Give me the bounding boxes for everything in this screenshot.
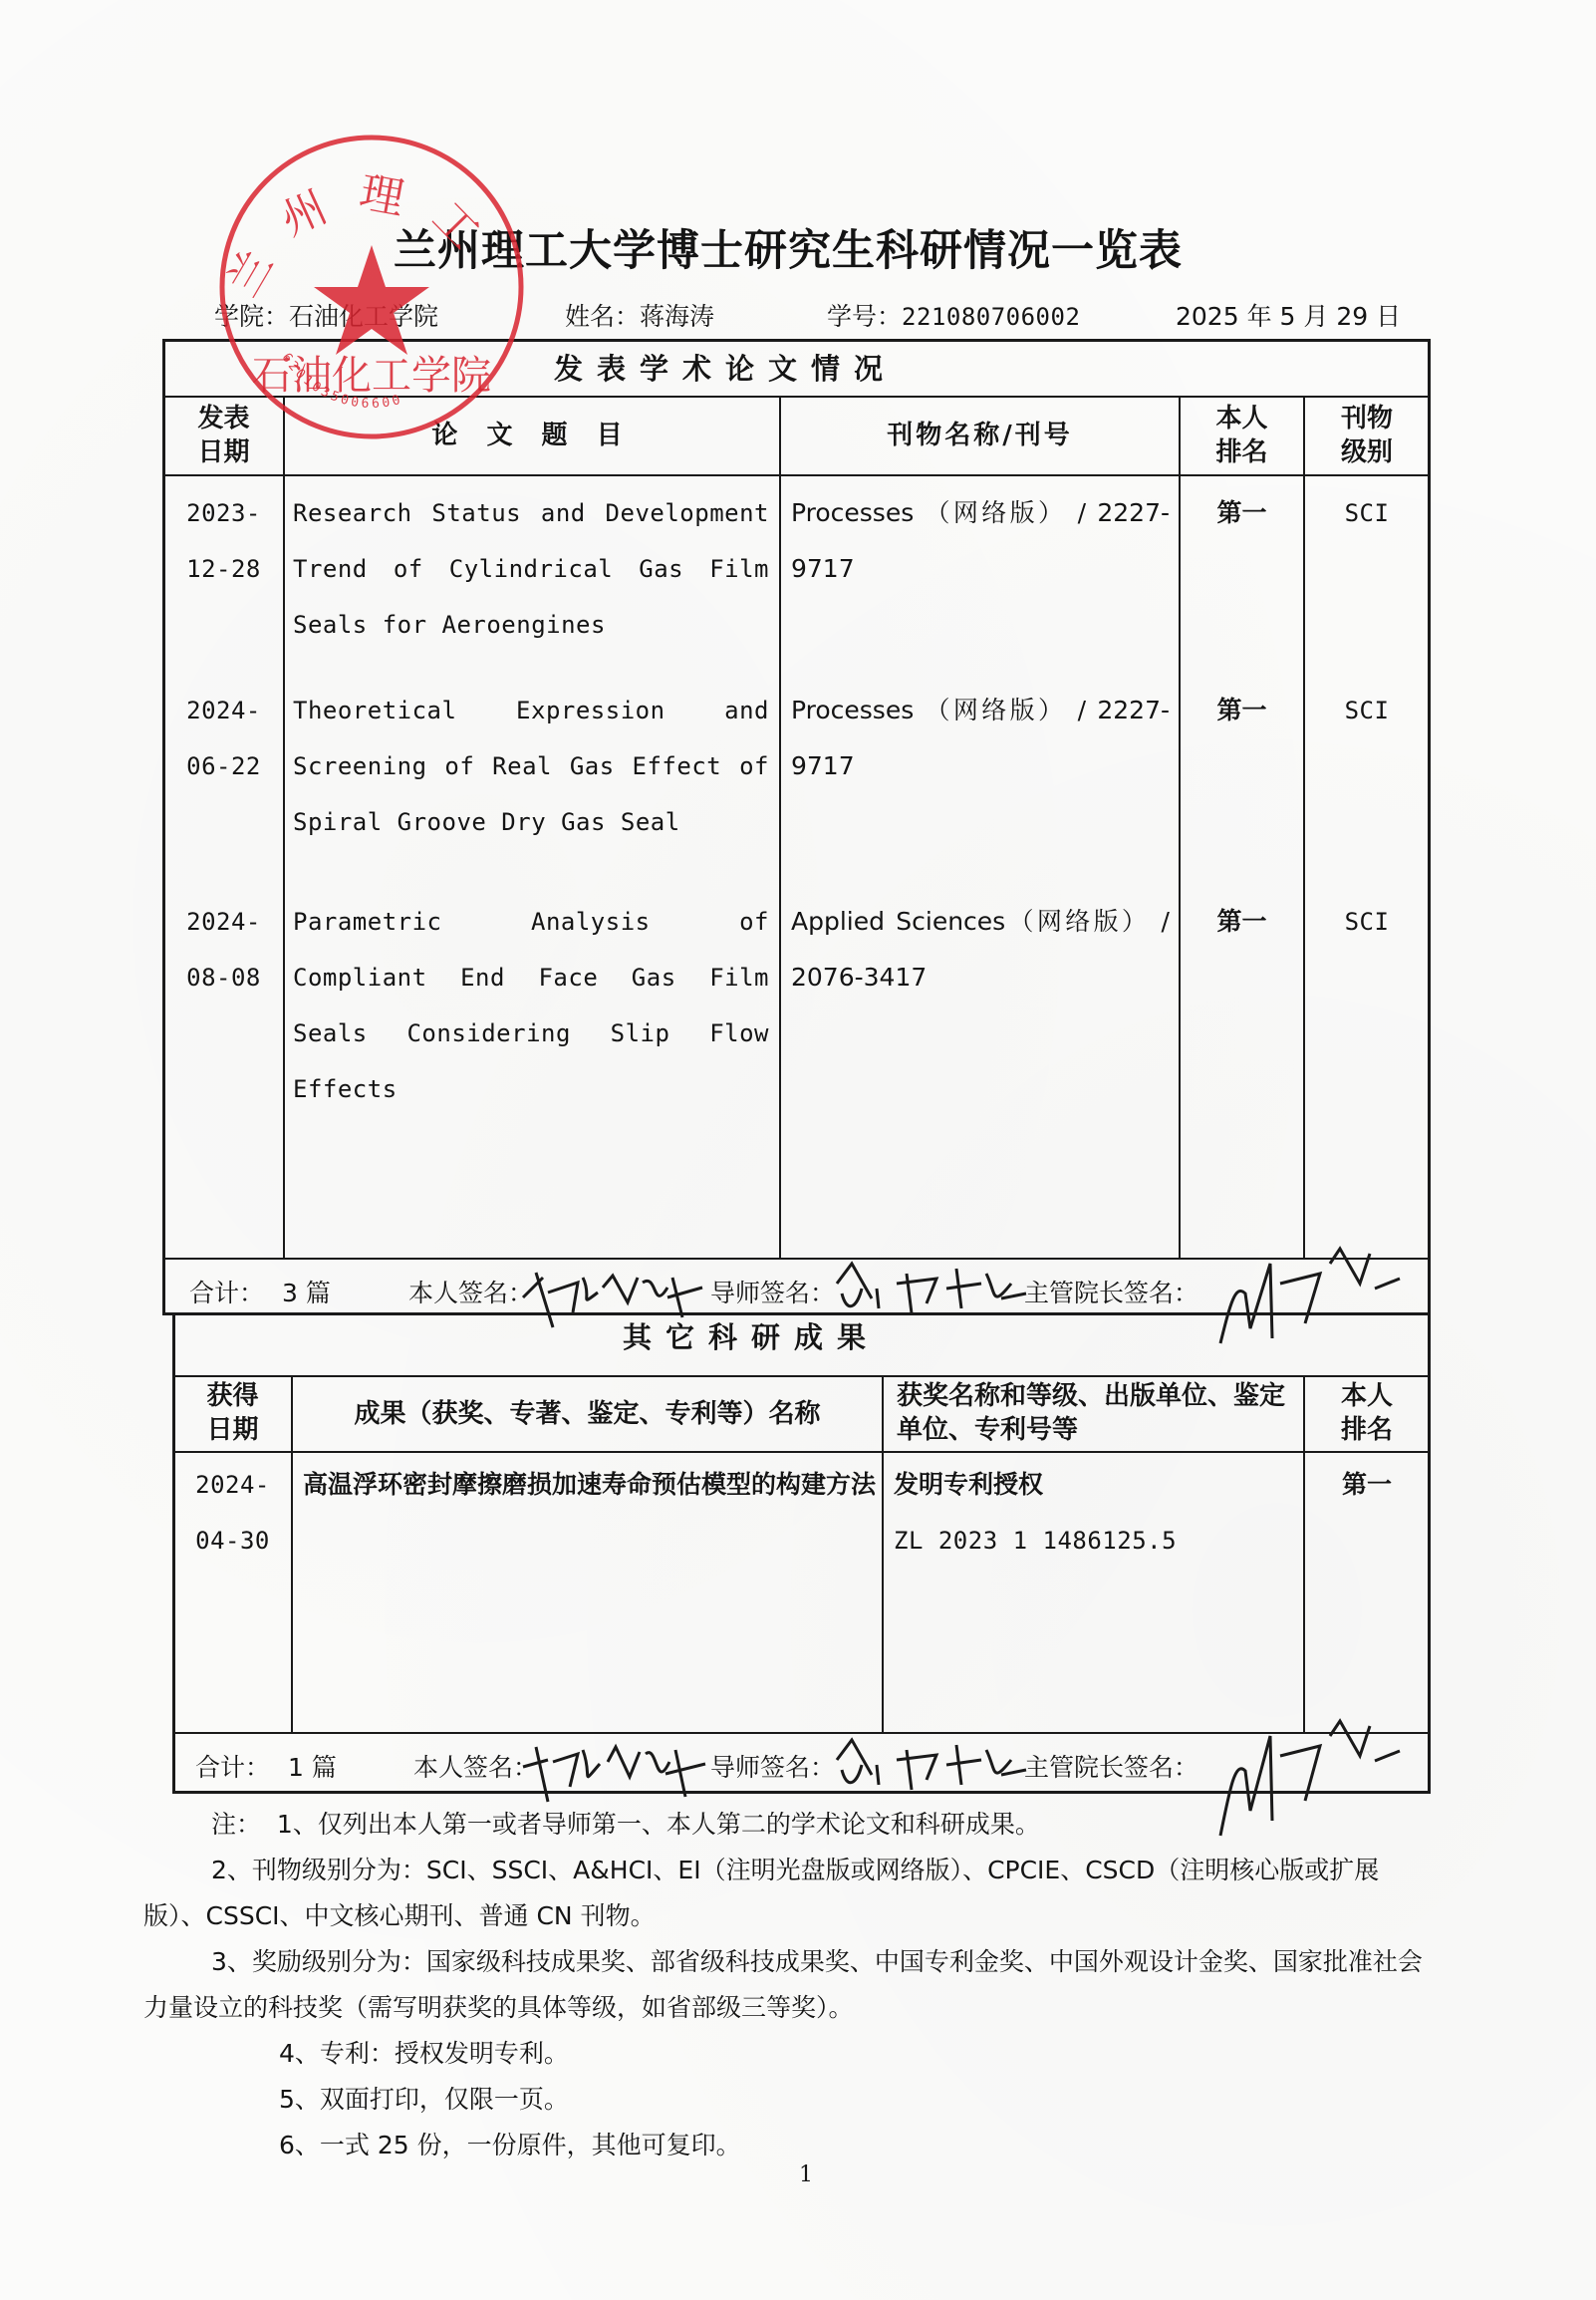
note-item: 3、奖励级别分为：国家级科技成果奖、部省级科技成果奖、中国专利金奖、中国外观设计… bbox=[143, 1939, 1432, 2031]
header-line: 排名 bbox=[1305, 1413, 1429, 1447]
college-value: 石油化工学院 bbox=[289, 302, 438, 331]
achievement-award: 发明专利授权 bbox=[894, 1457, 1292, 1513]
advisor-sign-label: 导师签名： bbox=[710, 1274, 835, 1309]
paper-title: Theoretical Expression and Screening of … bbox=[293, 683, 769, 850]
column-divider bbox=[283, 396, 285, 1258]
total-label: 合计： bbox=[189, 1279, 264, 1307]
column-divider bbox=[882, 1375, 884, 1732]
header-rank: 本人 排名 bbox=[1181, 402, 1303, 469]
divider bbox=[172, 1732, 1431, 1734]
patent-number: ZL 2023 1 1486125.5 bbox=[894, 1513, 1292, 1569]
total-count: 1 篇 bbox=[288, 1753, 337, 1782]
page-number: 1 bbox=[799, 2162, 813, 2187]
dean-sign-label: 主管院长签名： bbox=[1024, 1274, 1198, 1309]
total-count: 3 篇 bbox=[282, 1279, 331, 1307]
achievement-name: 高温浮环密封摩擦磨损加速寿命预估模型的构建方法 bbox=[303, 1457, 876, 1513]
paper-title: Parametric Analysis of Compliant End Fac… bbox=[293, 894, 769, 1117]
ach-header-rank: 本人 排名 bbox=[1305, 1379, 1429, 1447]
page-title: 兰州理工大学博士研究生科研情况一览表 bbox=[394, 217, 1183, 278]
dean-sign-label: 主管院长签名： bbox=[1024, 1748, 1198, 1784]
college-label: 学院： bbox=[214, 302, 289, 331]
note-item: 2、刊物级别分为：SCI、SSCI、A&HCI、EI（注明光盘版或网络版）、CP… bbox=[143, 1848, 1432, 1939]
papers-total-row: 合计： 3 篇 bbox=[189, 1274, 331, 1309]
document-date: 2025 年 5 月 29 日 bbox=[1176, 297, 1401, 333]
college-field: 学院：石油化工学院 bbox=[214, 297, 438, 333]
paper-journal: Processes （网络版） / 2227-9717 bbox=[791, 683, 1170, 794]
header-rank-line: 排名 bbox=[1181, 435, 1303, 469]
paper-date: 2024- 08-08 bbox=[164, 894, 283, 1006]
column-divider bbox=[779, 396, 781, 1258]
header-level-line: 级别 bbox=[1305, 435, 1429, 469]
name-label: 姓名： bbox=[565, 302, 640, 331]
paper-rank: 第一 bbox=[1181, 485, 1303, 541]
ach-header-name: 成果（获奖、专著、鉴定、专利等）名称 bbox=[293, 1397, 882, 1431]
ach-header-date: 获得 日期 bbox=[174, 1379, 291, 1447]
paper-journal: Applied Sciences（网络版） / 2076-3417 bbox=[791, 894, 1170, 1006]
paper-date: 2024- 06-22 bbox=[164, 683, 283, 794]
self-sign-label: 本人签名： bbox=[413, 1748, 538, 1784]
header-journal: 刊物名称/刊号 bbox=[781, 419, 1179, 452]
note-item: 注： 1、仅列出本人第一或者导师第一、本人第二的学术论文和科研成果。 bbox=[211, 1802, 1432, 1848]
advisor-sign-label: 导师签名： bbox=[710, 1748, 835, 1784]
notes-label: 注： bbox=[211, 1810, 261, 1839]
header-rank-line: 本人 bbox=[1181, 402, 1303, 435]
note-item: 6、一式 25 份，一份原件，其他可复印。 bbox=[211, 2123, 1432, 2168]
header-line: 本人 bbox=[1305, 1379, 1429, 1413]
achievements-section-title: 其它科研成果 bbox=[623, 1315, 880, 1356]
ach-header-award: 获奖名称和等级、出版单位、鉴定单位、专利号等 bbox=[897, 1379, 1295, 1447]
paper-title: Research Status and Development Trend of… bbox=[293, 485, 769, 653]
paper-level: SCI bbox=[1305, 485, 1429, 541]
student-id-label: 学号： bbox=[827, 302, 902, 331]
paper-level: SCI bbox=[1305, 894, 1429, 950]
achievements-total-row: 合计： 1 篇 bbox=[195, 1748, 337, 1784]
divider bbox=[162, 396, 1431, 398]
paper-rank: 第一 bbox=[1181, 894, 1303, 950]
header-line: 获得 bbox=[174, 1379, 291, 1413]
divider bbox=[162, 474, 1431, 476]
header-date-line: 发表 bbox=[164, 402, 283, 435]
header-date: 发表 日期 bbox=[164, 402, 283, 469]
header-date-line: 日期 bbox=[164, 435, 283, 469]
note-item: 5、双面打印，仅限一页。 bbox=[211, 2077, 1432, 2123]
paper-level: SCI bbox=[1305, 683, 1429, 738]
header-title: 论 文 题 目 bbox=[285, 419, 779, 452]
notes: 注： 1、仅列出本人第一或者导师第一、本人第二的学术论文和科研成果。 2、刊物级… bbox=[211, 1802, 1432, 2168]
student-id-value: 221080706002 bbox=[902, 303, 1080, 331]
paper-rank: 第一 bbox=[1181, 683, 1303, 738]
paper-journal: Processes （网络版） / 2227-9717 bbox=[791, 485, 1170, 597]
note-item: 4、专利：授权发明专利。 bbox=[211, 2031, 1432, 2077]
total-label: 合计： bbox=[195, 1753, 270, 1782]
divider bbox=[172, 1451, 1431, 1453]
paper-date: 2023- 12-28 bbox=[164, 485, 283, 597]
note-text: 1、仅列出本人第一或者导师第一、本人第二的学术论文和科研成果。 bbox=[277, 1810, 1040, 1839]
divider bbox=[172, 1375, 1431, 1377]
name-value: 蒋海涛 bbox=[640, 302, 714, 331]
header-level: 刊物 级别 bbox=[1305, 402, 1429, 469]
papers-section-title: 发表学术论文情况 bbox=[554, 347, 897, 388]
student-id-field: 学号：221080706002 bbox=[827, 297, 1080, 333]
achievement-date: 2024- 04-30 bbox=[174, 1457, 291, 1569]
self-sign-label: 本人签名： bbox=[408, 1274, 533, 1309]
achievement-rank: 第一 bbox=[1305, 1457, 1429, 1513]
header-level-line: 刊物 bbox=[1305, 402, 1429, 435]
name-field: 姓名：蒋海涛 bbox=[565, 297, 714, 333]
divider bbox=[162, 1258, 1431, 1260]
header-line: 日期 bbox=[174, 1413, 291, 1447]
